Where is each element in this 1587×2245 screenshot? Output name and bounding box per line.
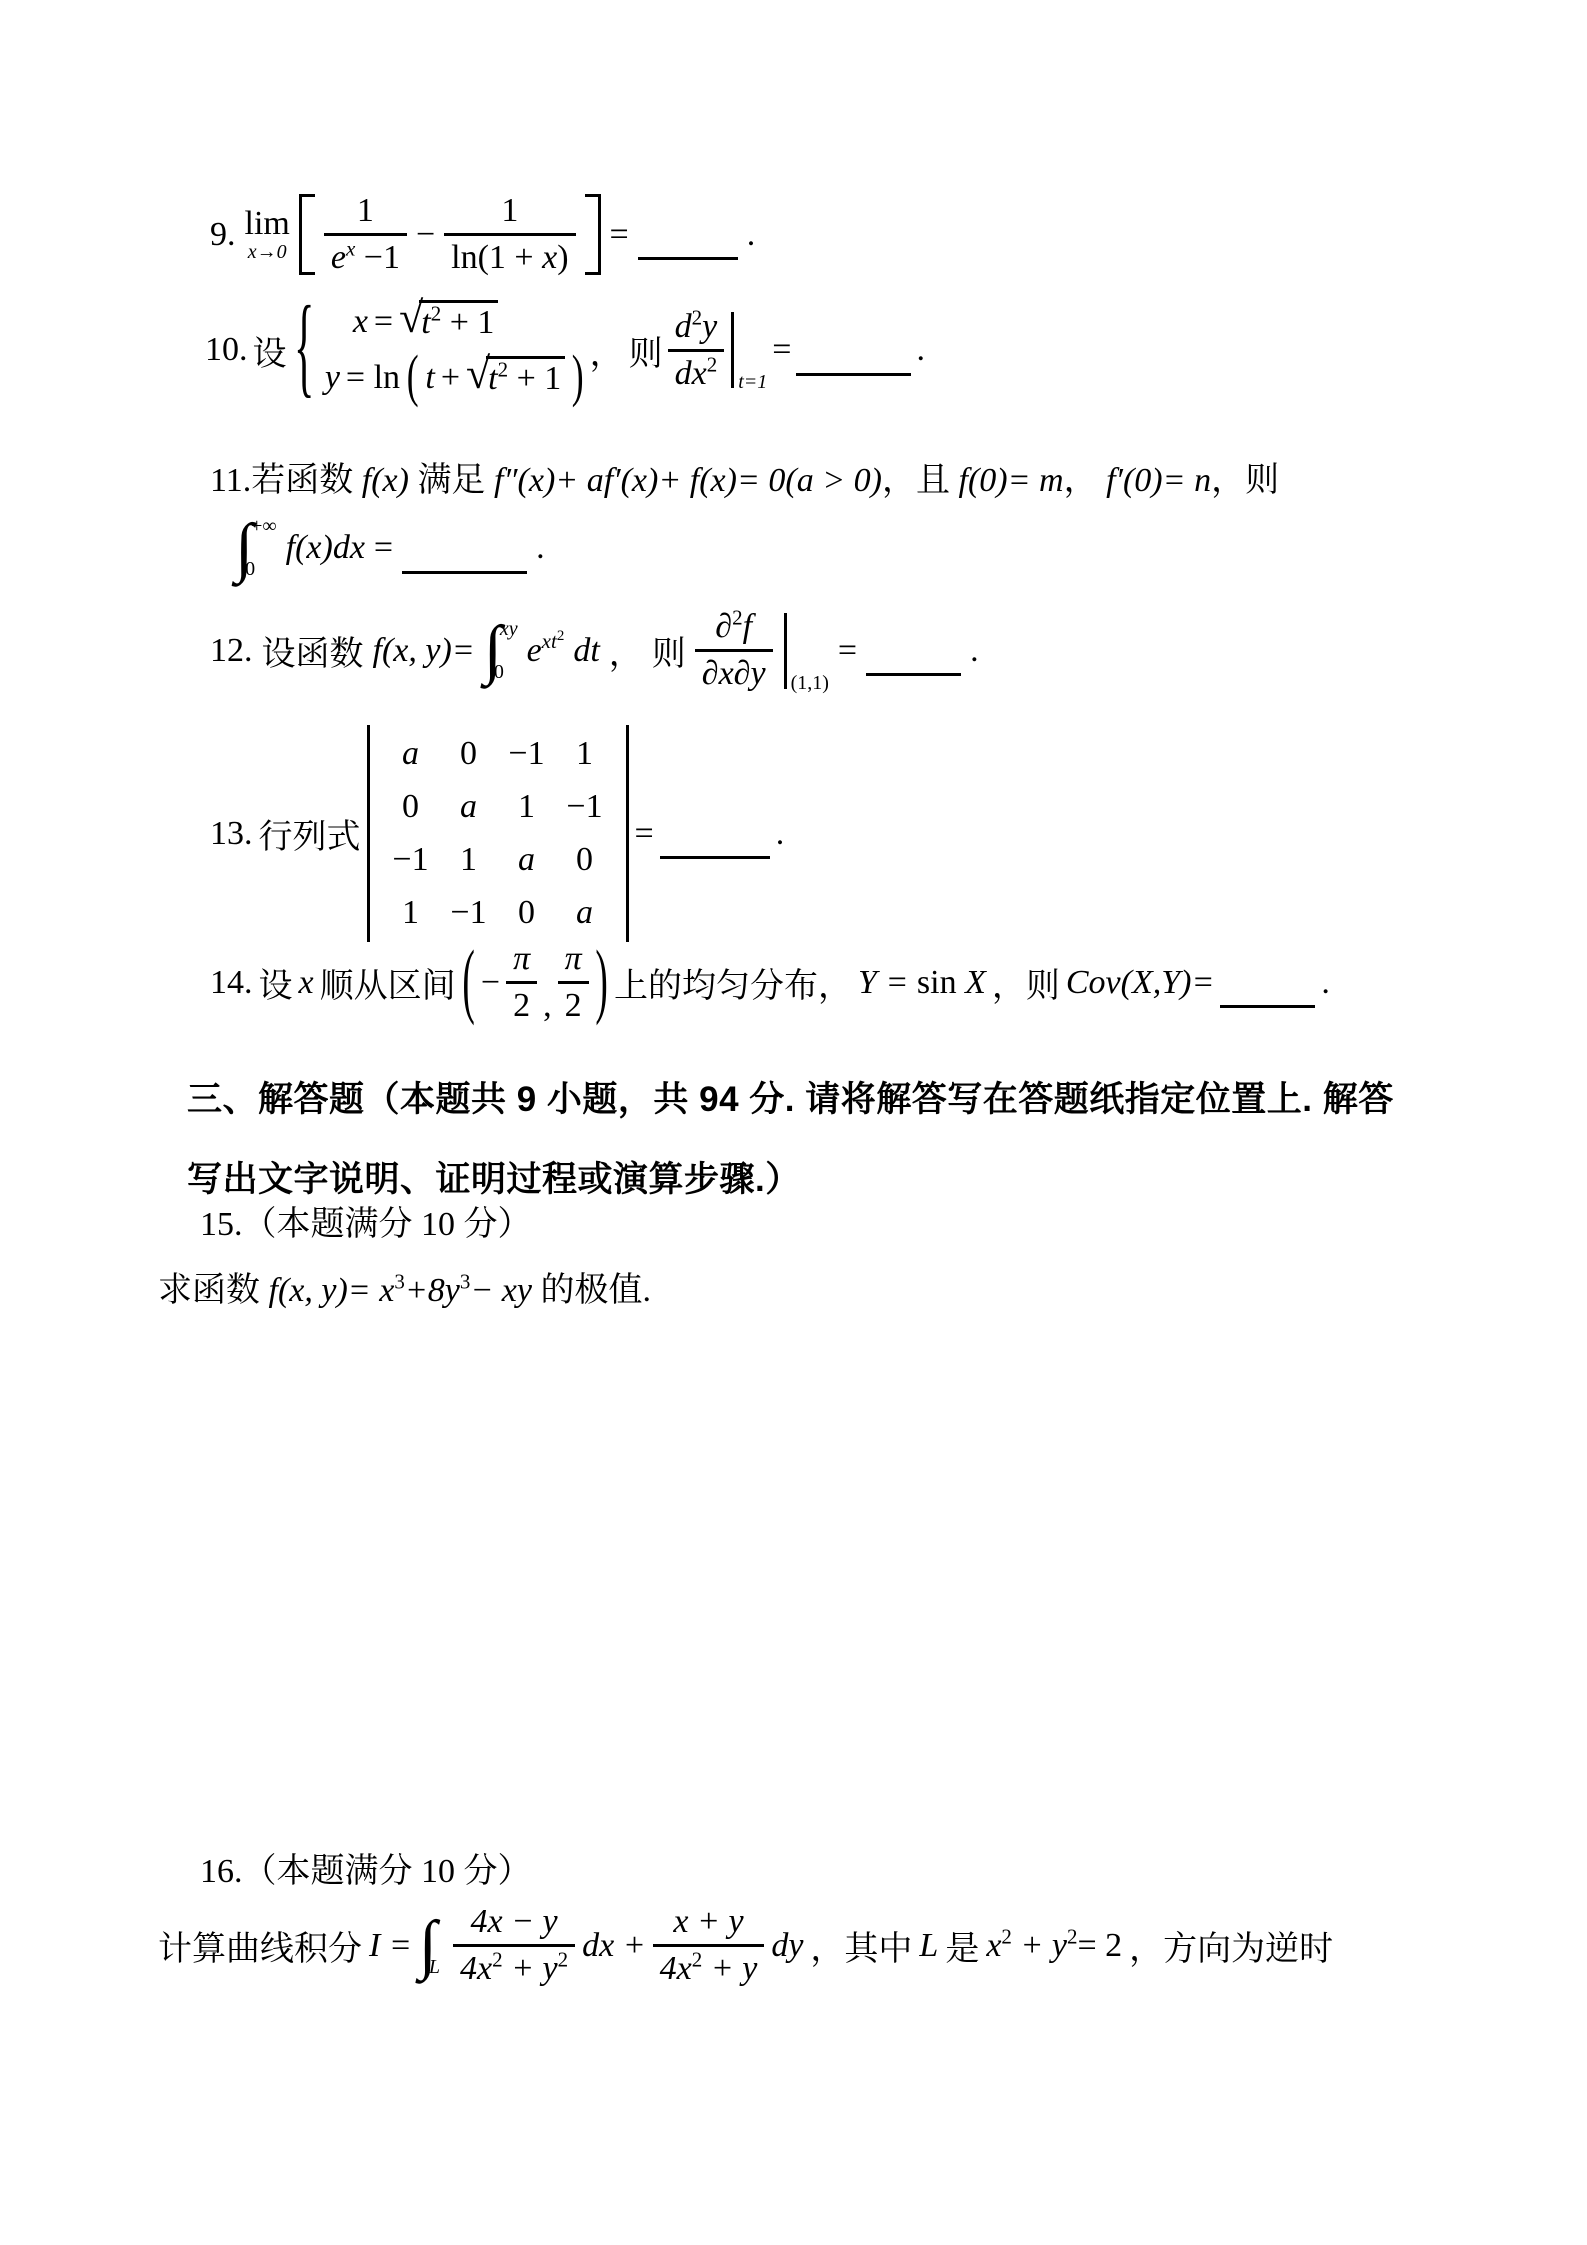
- radical-sign: √: [399, 296, 423, 340]
- matrix-cell: 1: [440, 841, 498, 879]
- minus-operator: −: [416, 216, 435, 254]
- math-expression: dy: [771, 1927, 803, 1965]
- sin-function: sin: [917, 964, 957, 1001]
- pi-fraction: π2: [558, 940, 589, 1025]
- fraction: 4x − y 4x2 + y2: [453, 1903, 575, 1988]
- math-var: xt: [542, 629, 557, 653]
- matrix-cell: 0: [556, 841, 614, 879]
- matrix-cell: −1: [556, 788, 614, 826]
- left-square-bracket: [299, 194, 315, 275]
- section-3-heading: 三、解答题（本题共 9 小题，共 94 分. 请将解答写在答题纸指定位置上. 解…: [187, 1072, 1394, 1202]
- matrix-cell: 1: [382, 894, 440, 932]
- period: .: [1321, 964, 1330, 1002]
- nested-exponent: 2: [557, 628, 565, 644]
- math-var: x: [542, 239, 557, 276]
- math-text: +8y: [405, 1272, 460, 1309]
- question-11-line1: 11.若函数 f(x) 满足 f″(x)+ af′(x)+ f(x)= 0(a …: [210, 452, 1279, 501]
- section-3-heading-line1: 三、解答题（本题共 9 小题，共 94 分. 请将解答写在答题纸指定位置上. 解…: [187, 1072, 1394, 1122]
- exponent: 2: [558, 1948, 569, 1972]
- question-text: 则: [629, 326, 663, 375]
- math-expression: f(0)= m: [959, 462, 1064, 499]
- radical-sign: √: [466, 352, 490, 396]
- fraction: 1 ex −1: [324, 192, 407, 277]
- matrix-cell: 1: [556, 735, 614, 773]
- determinant: a0−11 0a1−1 −11a0 1−10a: [367, 725, 629, 942]
- equals-sign: =: [635, 815, 654, 853]
- math-text: + 1: [441, 304, 494, 341]
- fraction: x + y 4x2 + y: [653, 1903, 765, 1988]
- math-var: X: [965, 964, 986, 1001]
- fraction-numerator: π: [506, 940, 537, 981]
- square-root: √t2 + 1: [466, 356, 565, 400]
- question-text: 设: [253, 326, 287, 375]
- period: .: [970, 632, 979, 670]
- square-root: √t2 + 1: [399, 300, 498, 344]
- math-var: x: [986, 1927, 1001, 1964]
- math-var: y: [702, 308, 717, 345]
- math-expression: Y = sin X: [858, 964, 986, 1002]
- matrix-cell: −1: [440, 894, 498, 932]
- fraction-denominator: 4x2 + y: [653, 1944, 765, 1988]
- question-text: 是: [945, 1921, 979, 1970]
- plus-operator: +: [441, 359, 460, 397]
- evaluation-subscript: (1,1): [791, 672, 829, 695]
- question-text: ，且: [882, 462, 950, 499]
- fraction-numerator: d2y: [668, 308, 725, 349]
- lower-limit: L: [429, 1956, 440, 1979]
- lower-limit: 0: [494, 661, 512, 684]
- equals-sign: =: [838, 632, 857, 670]
- pi-fraction: π2: [506, 940, 537, 1025]
- integral: ∫xy0: [484, 618, 518, 684]
- math-expression: f(x, y)= x3+8y3− xy: [269, 1272, 532, 1309]
- limit-operator: limx→0: [245, 206, 290, 263]
- question-text: 设: [259, 958, 293, 1007]
- matrix-cell: 1: [498, 788, 556, 826]
- question-11-line2: ∫+∞0 f(x)dx = .: [235, 515, 545, 581]
- exponent: 2: [431, 302, 442, 326]
- integral-limits: xy0: [500, 618, 518, 684]
- period: .: [776, 815, 785, 853]
- question-text: 求函数: [158, 1272, 260, 1309]
- answer-blank: [1220, 957, 1315, 1008]
- math-expression: x2 + y2= 2: [986, 1927, 1122, 1965]
- question-text: ，则: [1211, 462, 1279, 499]
- evaluation-bar: t=1: [731, 312, 767, 388]
- matrix-cell: −1: [382, 841, 440, 879]
- matrix-cell: 0: [382, 788, 440, 826]
- question-text: ，则: [992, 958, 1060, 1007]
- question-14-number: 14.: [210, 964, 253, 1002]
- exponent: 2: [498, 358, 509, 382]
- math-text: 4x: [660, 1950, 692, 1987]
- fraction-numerator: 1: [350, 192, 381, 233]
- math-var: d: [675, 308, 692, 345]
- partial-symbol: ∂: [715, 608, 732, 645]
- equation-system: x = √t2 + 1 y = ln ( t + √t2 + 1 ): [325, 300, 585, 400]
- math-text: = ln: [346, 359, 400, 397]
- question-text: 则: [652, 626, 686, 675]
- math-var: t: [425, 359, 434, 397]
- math-text: + 1: [508, 360, 561, 397]
- question-text: ，其中: [810, 1921, 912, 1970]
- question-10: 10. 设 { x = √t2 + 1 y = ln ( t + √t2 + 1…: [205, 300, 925, 400]
- question-text: 设函数: [262, 626, 364, 675]
- matrix-cell: 0: [440, 735, 498, 773]
- question-15-body: 求函数 f(x, y)= x3+8y3− xy 的极值.: [158, 1262, 651, 1311]
- lower-limit: 0: [245, 558, 271, 581]
- left-paren: (: [462, 941, 474, 1024]
- partial-derivative-fraction: ∂2f ∂x∂y: [695, 608, 773, 693]
- math-expression: dx +: [582, 1927, 646, 1965]
- exponent: 2: [732, 606, 743, 630]
- right-paren: ): [595, 941, 607, 1024]
- math-text: = 2: [1077, 1927, 1122, 1964]
- math-var: e: [527, 632, 542, 669]
- math-expression: I =: [369, 1927, 412, 1965]
- math-expression: dt: [573, 632, 599, 670]
- question-12: 12. 设函数 f(x, y)= ∫xy0 ext2 dt ， 则 ∂2f ∂x…: [210, 608, 979, 693]
- answer-blank: [866, 625, 961, 676]
- period: .: [536, 529, 545, 567]
- lim-subscript: x→0: [248, 242, 287, 263]
- math-var: L: [919, 1927, 938, 1965]
- math-expression: f′(0)= n: [1106, 462, 1211, 499]
- fraction-numerator: 4x − y: [463, 1903, 564, 1944]
- answer-blank: [402, 523, 527, 574]
- exponent: 2: [707, 352, 718, 376]
- exponent: 2: [1001, 1924, 1012, 1948]
- upper-limit: +∞: [251, 515, 277, 538]
- radicand: t2 + 1: [486, 356, 565, 398]
- integral-limits: +∞0: [251, 515, 277, 581]
- question-16-body: 计算曲线积分 I = ∫L 4x − y 4x2 + y2 dx + x + y…: [158, 1903, 1333, 1988]
- period: .: [747, 216, 756, 254]
- matrix-cell: a: [556, 894, 614, 932]
- math-var: e: [331, 239, 346, 276]
- exponent: 3: [460, 1270, 471, 1294]
- question-16-heading: 16.（本题满分 10 分）: [200, 1843, 532, 1892]
- fraction: 1 ln(1 + x): [444, 192, 575, 277]
- math-text: + y: [702, 1950, 757, 1987]
- equals-sign: =: [610, 216, 629, 254]
- equals-sign: =: [772, 331, 791, 369]
- fraction-denominator: dx2: [668, 349, 725, 393]
- equals-sign: =: [374, 529, 393, 567]
- equals-sign: =: [374, 303, 393, 341]
- math-expression: f″(x)+ af′(x)+ f(x)= 0(a > 0): [494, 462, 882, 499]
- integral: ∫+∞0: [235, 515, 277, 581]
- math-text: + y: [503, 1950, 558, 1987]
- right-paren: ): [572, 349, 584, 407]
- matrix-cell: a: [440, 788, 498, 826]
- left-paren: (: [407, 349, 419, 407]
- math-text: ln(1 +: [451, 239, 542, 276]
- right-square-bracket: [585, 194, 601, 275]
- math-expression: Cov(X,Y)=: [1066, 964, 1215, 1002]
- section-3-heading-line2: 写出文字说明、证明过程或演算步骤.）: [187, 1152, 1394, 1202]
- minus-operator: −: [481, 964, 500, 1002]
- question-9: 9. limx→0 1 ex −1 − 1 ln(1 + x) = .: [210, 192, 755, 277]
- integral-limits: L: [435, 1913, 446, 1979]
- math-text: − xy: [470, 1272, 532, 1309]
- question-14: 14. 设 x 顺从区间 ( − π2 , π2 ) 上的均匀分布， Y = s…: [210, 940, 1330, 1025]
- math-var: x: [299, 964, 314, 1002]
- question-text: 顺从区间: [320, 958, 456, 1007]
- question-15-heading: 15.（本题满分 10 分）: [200, 1196, 532, 1245]
- math-text: + y: [1012, 1927, 1067, 1964]
- math-text: −1: [355, 239, 400, 276]
- question-text: 满足: [417, 462, 485, 499]
- question-10-number: 10.: [205, 331, 248, 369]
- exponent: 2: [692, 1948, 703, 1972]
- math-text: f(x, y)= x: [269, 1272, 395, 1309]
- math-text: ): [557, 239, 568, 276]
- question-text: 计算曲线积分: [158, 1921, 362, 1970]
- math-expression: f(x)dx: [286, 529, 365, 567]
- fraction-denominator: 2: [506, 981, 537, 1025]
- fraction-numerator: ∂2f: [708, 608, 759, 649]
- question-text: 上的均匀分布，: [614, 958, 852, 1007]
- fraction-denominator: 2: [558, 981, 589, 1025]
- comma: ，: [1064, 462, 1098, 499]
- fraction-denominator: 4x2 + y2: [453, 1944, 575, 1988]
- question-text: ，方向为逆时: [1129, 1921, 1333, 1970]
- period: .: [916, 331, 925, 369]
- question-text: 行列式: [259, 809, 361, 858]
- matrix-cell: −1: [498, 735, 556, 773]
- math-text: 4x: [460, 1950, 492, 1987]
- evaluation-subscript: t=1: [738, 371, 767, 394]
- fraction-denominator: ln(1 + x): [444, 233, 575, 277]
- math-expression: f(x, y)=: [373, 632, 475, 670]
- left-brace: {: [293, 294, 313, 406]
- math-var: Y =: [858, 964, 908, 1001]
- exam-page: 9. limx→0 1 ex −1 − 1 ln(1 + x) = . 10. …: [0, 0, 1587, 2245]
- math-var: dx: [675, 355, 707, 392]
- case-2: y = ln ( t + √t2 + 1 ): [325, 356, 585, 400]
- question-13: 13. 行列式 a0−11 0a1−1 −11a0 1−10a = .: [210, 725, 784, 942]
- math-var: f: [743, 608, 752, 645]
- exp-term: ext2: [527, 632, 565, 670]
- answer-blank: [660, 808, 770, 859]
- question-11-number: 11.: [210, 462, 251, 499]
- question-9-number: 9.: [210, 216, 236, 254]
- fraction-denominator: ∂x∂y: [695, 649, 773, 693]
- exponent: 2: [492, 1948, 503, 1972]
- radicand: t2 + 1: [419, 300, 498, 342]
- exponent: 3: [394, 1270, 405, 1294]
- comma: ，: [590, 326, 624, 375]
- answer-blank: [796, 325, 911, 376]
- exponent: 2: [1067, 1924, 1078, 1948]
- question-text: 的极值.: [540, 1272, 651, 1309]
- lim-word: lim: [245, 206, 290, 242]
- fraction-numerator: x + y: [666, 1903, 750, 1944]
- exponent: 2: [692, 305, 703, 329]
- question-12-number: 12.: [210, 632, 253, 670]
- upper-limit: xy: [500, 618, 518, 641]
- math-expression: f(x): [362, 462, 409, 499]
- matrix-cell: a: [382, 735, 440, 773]
- case-1: x = √t2 + 1: [325, 300, 585, 344]
- derivative-fraction: d2y dx2: [668, 308, 725, 393]
- integral: ∫L: [419, 1913, 446, 1979]
- exponent: xt2: [542, 629, 565, 653]
- evaluation-bar: (1,1): [784, 613, 829, 689]
- math-var: x: [353, 303, 368, 341]
- comma: ,: [543, 987, 552, 1025]
- comma: ，: [609, 626, 643, 675]
- question-13-number: 13.: [210, 815, 253, 853]
- math-var: y: [325, 359, 340, 397]
- fraction-numerator: π: [558, 940, 589, 981]
- fraction-numerator: 1: [494, 192, 525, 233]
- question-text: 若函数: [251, 462, 353, 499]
- fraction-denominator: ex −1: [324, 233, 407, 277]
- matrix-cell: 0: [498, 894, 556, 932]
- answer-blank: [638, 209, 738, 260]
- exponent: x: [346, 237, 355, 261]
- matrix-cell: a: [498, 841, 556, 879]
